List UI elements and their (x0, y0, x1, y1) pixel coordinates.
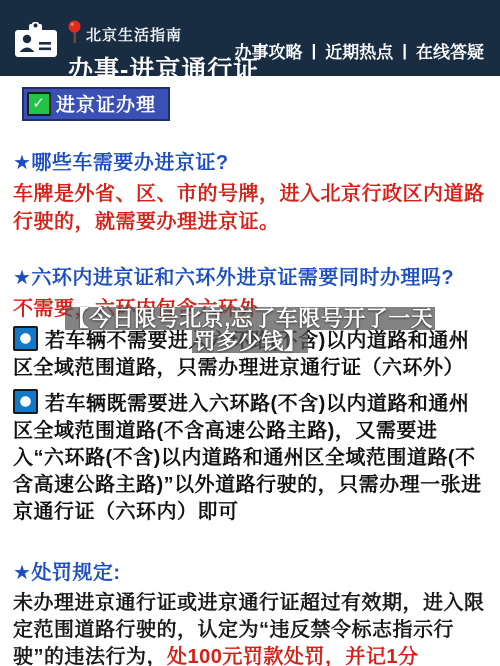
green-check-icon: ✓ (27, 92, 51, 116)
id-badge-icon (14, 22, 58, 63)
section-heading-both-permits: ★六环内进京证和六环外进京证需要同时办理吗? (13, 261, 487, 290)
content: ✓ 进京证办理 ★哪些车需要办进京证? 车牌是外省、区、市的号牌，进入北京行政区… (0, 76, 500, 666)
section-heading-penalty: ★处罚规定: (13, 556, 487, 585)
which-cars-answer: 车牌是外省、区、市的号牌，进入北京行政区内道路行驶的，就需要办理进京证。 (13, 180, 487, 236)
brand-name: 北京生活指南 (86, 24, 182, 45)
page-title: 办事-进京通行证 (68, 50, 259, 86)
brand-row: 北京生活指南 (68, 20, 259, 49)
bullet-text: 若车辆既需要进入六环路(不含)以内道路和通州区全域范围道路(不含高速公路主路)，… (13, 393, 482, 523)
section-badge: ✓ 进京证办理 (22, 87, 170, 121)
section-heading-which-cars: ★哪些车需要办进京证? (13, 146, 487, 175)
blue-dot-bullet-icon (13, 389, 38, 414)
page: 北京生活指南 办事-进京通行证 办事攻略 | 近期热点 | 在线答疑 ✓ 进京证… (0, 0, 500, 666)
header-text: 北京生活指南 办事-进京通行证 (68, 20, 259, 86)
nav-item-hot[interactable]: 近期热点 (325, 38, 393, 63)
nav-item-qa[interactable]: 在线答疑 (416, 38, 484, 63)
bullet-text: 若车辆不需要进入六环路(不含)以内道路和通州区全域范围道路，只需办理进京通行证（… (13, 330, 469, 379)
app-header: 北京生活指南 办事-进京通行证 办事攻略 | 近期热点 | 在线答疑 (0, 0, 500, 76)
nav-item-guide[interactable]: 办事攻略 (234, 38, 302, 63)
bullet-item-outside-ring: 若车辆不需要进入六环路(不含)以内道路和通州区全域范围道路，只需办理进京通行证（… (13, 326, 487, 382)
penalty-text: 未办理进京通行证或进京通行证超过有效期，进入限定范围道路行驶的，认定为“违反禁令… (13, 590, 487, 666)
blue-dot-bullet-icon (13, 326, 38, 351)
header-brand-group: 北京生活指南 办事-进京通行证 (14, 20, 259, 86)
both-permits-answer: 不需要，六环内包含六环外 (13, 295, 487, 323)
badge-label: 进京证办理 (56, 90, 156, 117)
header-nav: 办事攻略 | 近期热点 | 在线答疑 (234, 38, 484, 63)
nav-separator: | (402, 41, 407, 61)
penalty-text-highlight: 处100元罚款处罚，并记1分 (167, 646, 419, 666)
map-pin-icon (68, 20, 81, 49)
nav-separator: | (311, 41, 316, 61)
bullet-item-inside-ring: 若车辆既需要进入六环路(不含)以内道路和通州区全域范围道路(不含高速公路主路)，… (13, 389, 487, 526)
